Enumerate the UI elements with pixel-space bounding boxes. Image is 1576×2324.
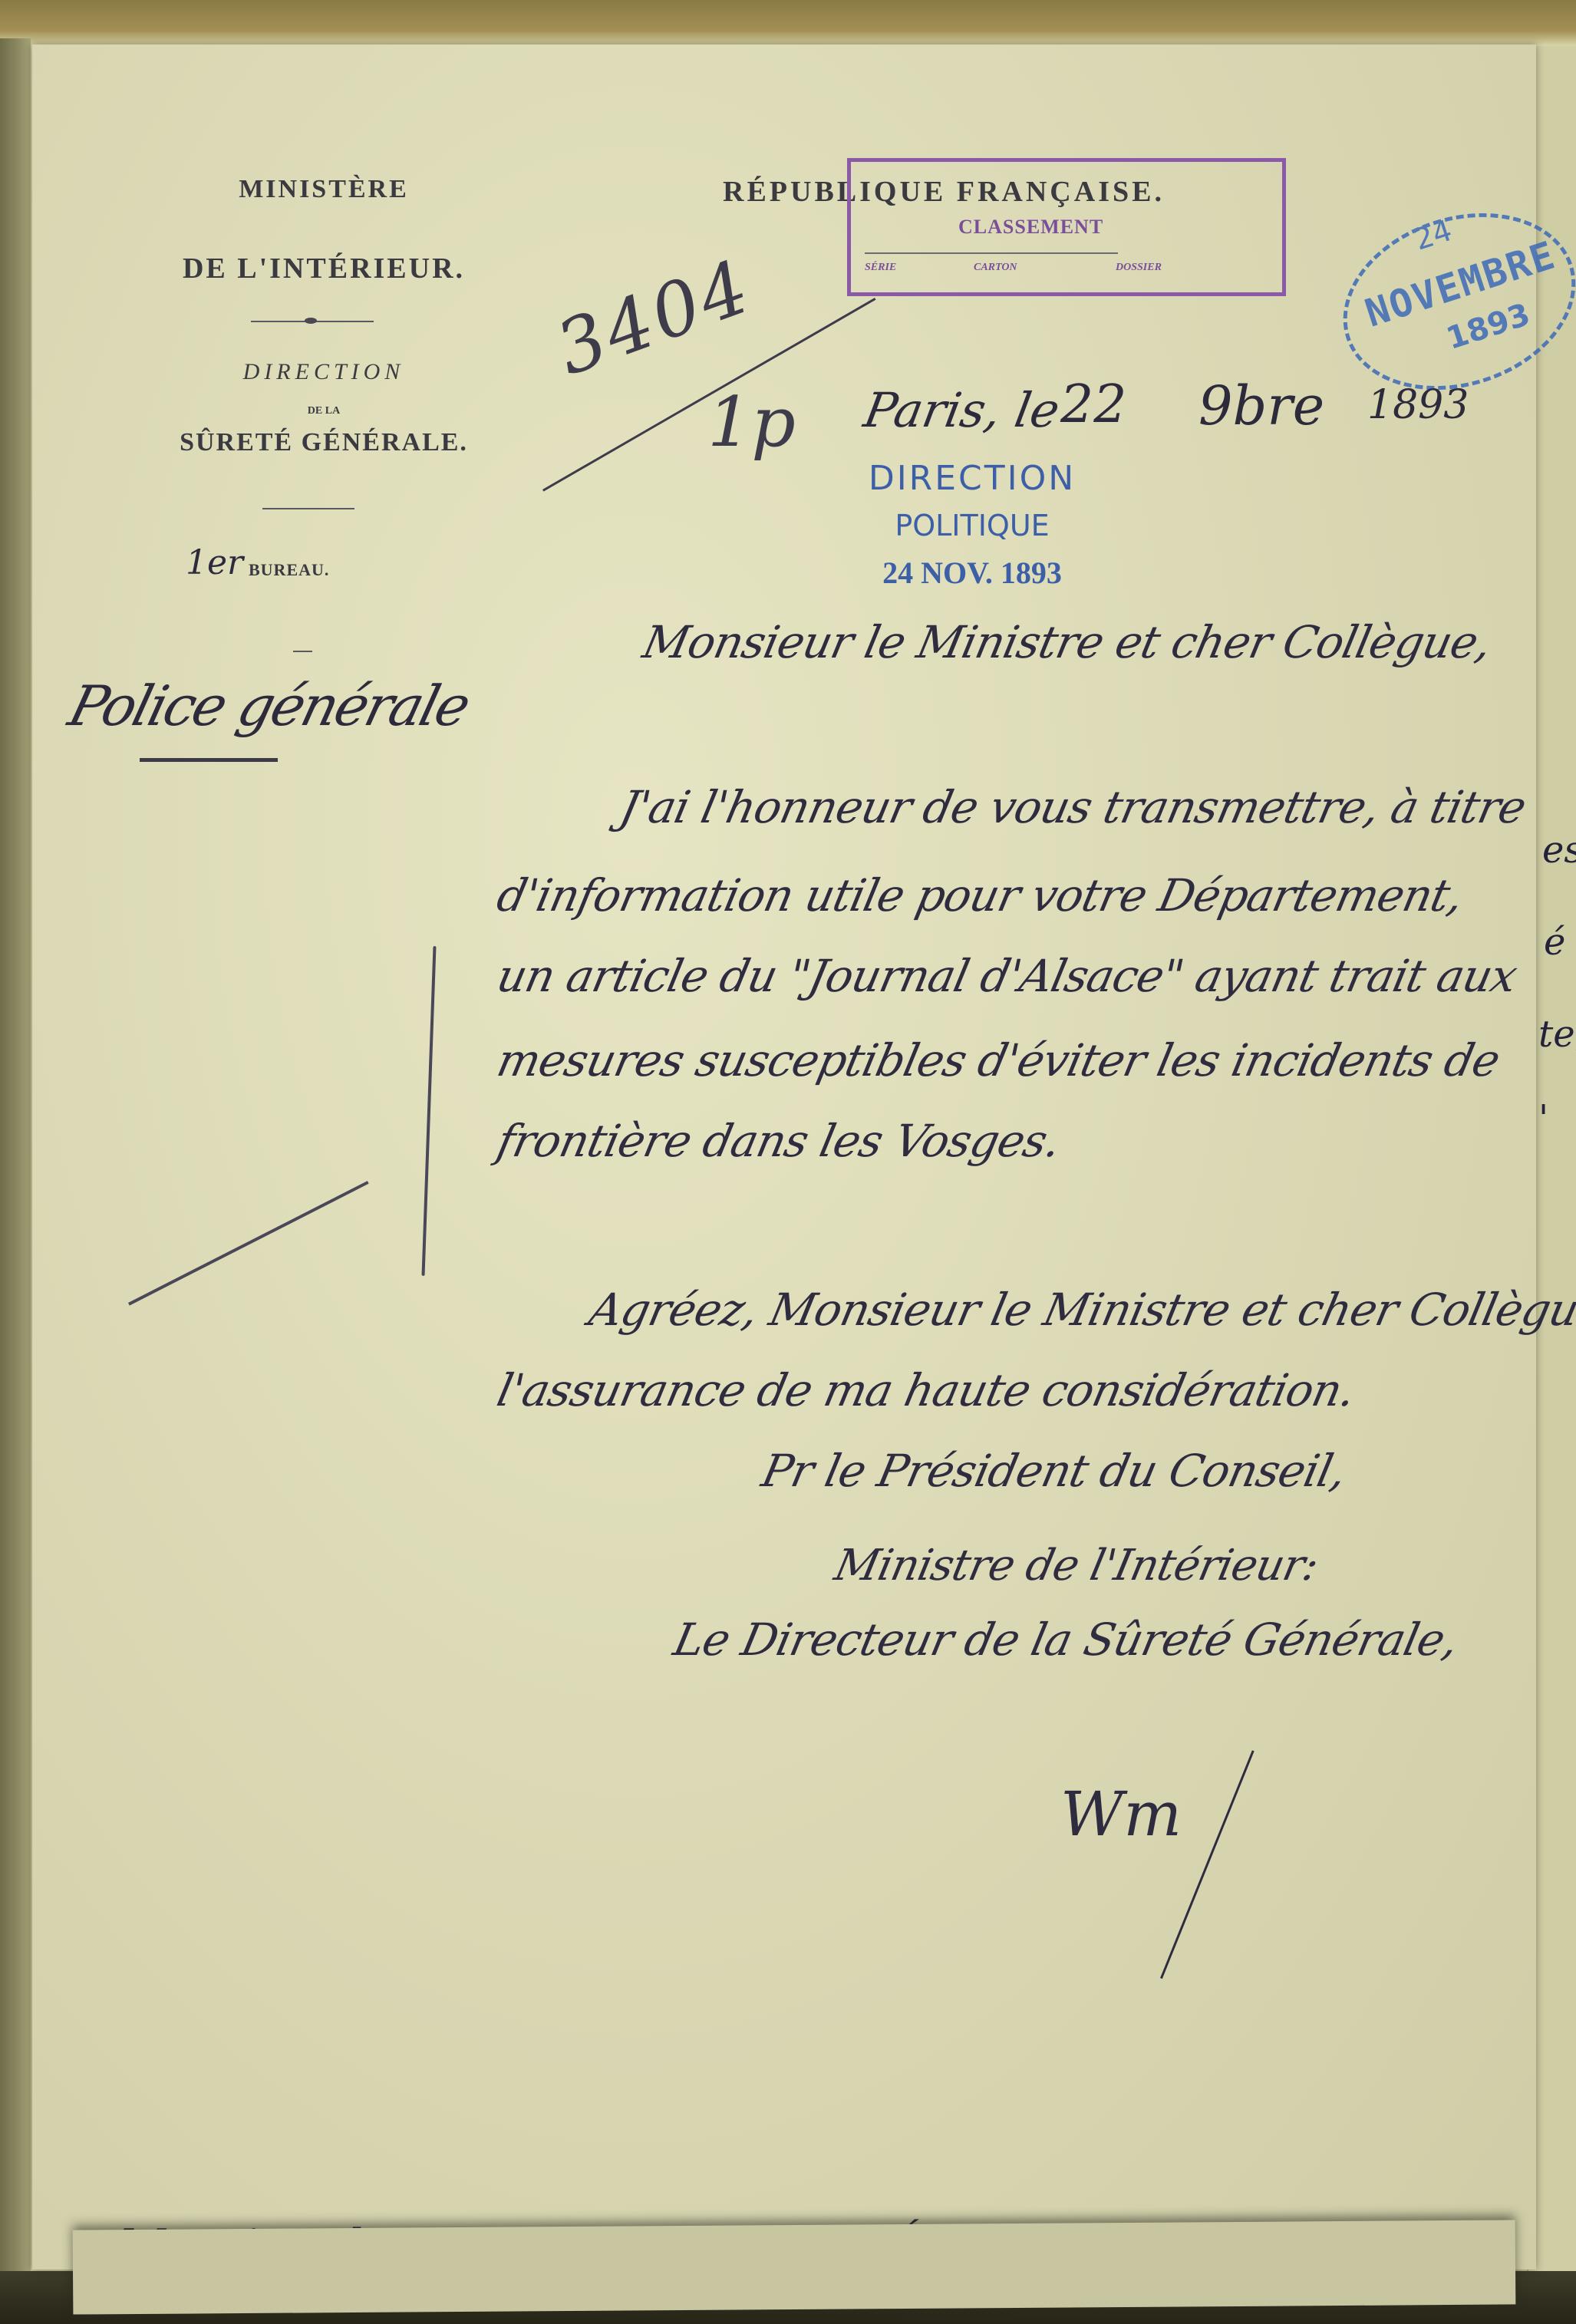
section-handwritten: Police générale <box>63 674 475 738</box>
letterhead-de-la: DE LA <box>285 405 362 417</box>
closing-line: l'assurance de ma haute considération. <box>493 1364 1360 1416</box>
date-day: 22 <box>1060 374 1127 435</box>
letterhead-direction: DIRECTION <box>201 359 447 385</box>
signature: Wm <box>1060 1778 1182 1850</box>
backdrop-left <box>0 38 31 2309</box>
classement-rule <box>865 252 1118 254</box>
stamp-day: 24 <box>1410 213 1456 257</box>
body-line: frontière dans les Vosges. <box>493 1115 1065 1167</box>
edge-fragment: es <box>1542 829 1576 872</box>
direction-politique-stamp-line1: DIRECTION <box>842 459 1103 498</box>
divider-dash <box>293 651 312 652</box>
signature-block-line: Ministre de l'Intérieur: <box>830 1541 1322 1591</box>
signature-block-line: Pr le Président du Conseil, <box>757 1445 1350 1497</box>
bureau-label: BUREAU. <box>249 560 329 580</box>
direction-politique-stamp-date: 24 NOV. 1893 <box>842 555 1103 591</box>
ornament-divider <box>251 321 374 322</box>
body-line: mesures susceptibles d'éviter les incide… <box>493 1034 1504 1086</box>
date-year: 1893 <box>1367 382 1469 428</box>
pencil-margin-mark <box>421 946 436 1276</box>
classement-col-carton: CARTON <box>974 262 1017 274</box>
edge-fragment: é <box>1544 921 1565 964</box>
letter-page: MINISTÈRE DE L'INTÉRIEUR. DIRECTION DE L… <box>32 45 1536 2270</box>
body-line: d'information utile pour votre Départeme… <box>493 869 1468 921</box>
classement-col-dossier: DOSSIER <box>1116 262 1162 274</box>
edge-fragment: ' <box>1538 1097 1548 1140</box>
letterhead-ministry-line2: DE L'INTÉRIEUR. <box>132 252 516 285</box>
body-line: un article du "Journal d'Alsace" ayant t… <box>493 950 1522 1002</box>
date-place: Paris, le <box>860 382 1064 438</box>
direction-politique-stamp-line2: POLITIQUE <box>842 509 1103 542</box>
pencil-diagonal-mark <box>128 1181 369 1305</box>
classement-title: CLASSEMENT <box>958 216 1103 239</box>
classement-stamp: CLASSEMENT SÉRIE CARTON DOSSIER <box>847 158 1286 296</box>
date-month: 9bre <box>1198 374 1324 437</box>
salutation: Monsieur le Ministre et cher Collègue, <box>638 616 1495 668</box>
letterhead-surete: SÛRETÉ GÉNÉRALE. <box>170 428 477 457</box>
signature-block-line: Le Directeur de la Sûreté Générale, <box>669 1614 1462 1666</box>
divider <box>262 508 354 509</box>
edge-fragment: te, <box>1538 1013 1576 1056</box>
underlying-sheet <box>73 2220 1516 2314</box>
initials: 1p <box>707 382 796 463</box>
registration-number: 3404 <box>546 243 763 392</box>
closing-line: Agréez, Monsieur le Ministre et cher Col… <box>585 1284 1576 1336</box>
bureau-number: 1er <box>186 543 243 582</box>
body-line: J'ai l'honneur de vous transmettre, à ti… <box>615 781 1530 833</box>
section-underline <box>140 758 278 762</box>
classement-col-serie: SÉRIE <box>865 262 896 274</box>
letterhead-ministry-line1: MINISTÈRE <box>201 175 447 204</box>
